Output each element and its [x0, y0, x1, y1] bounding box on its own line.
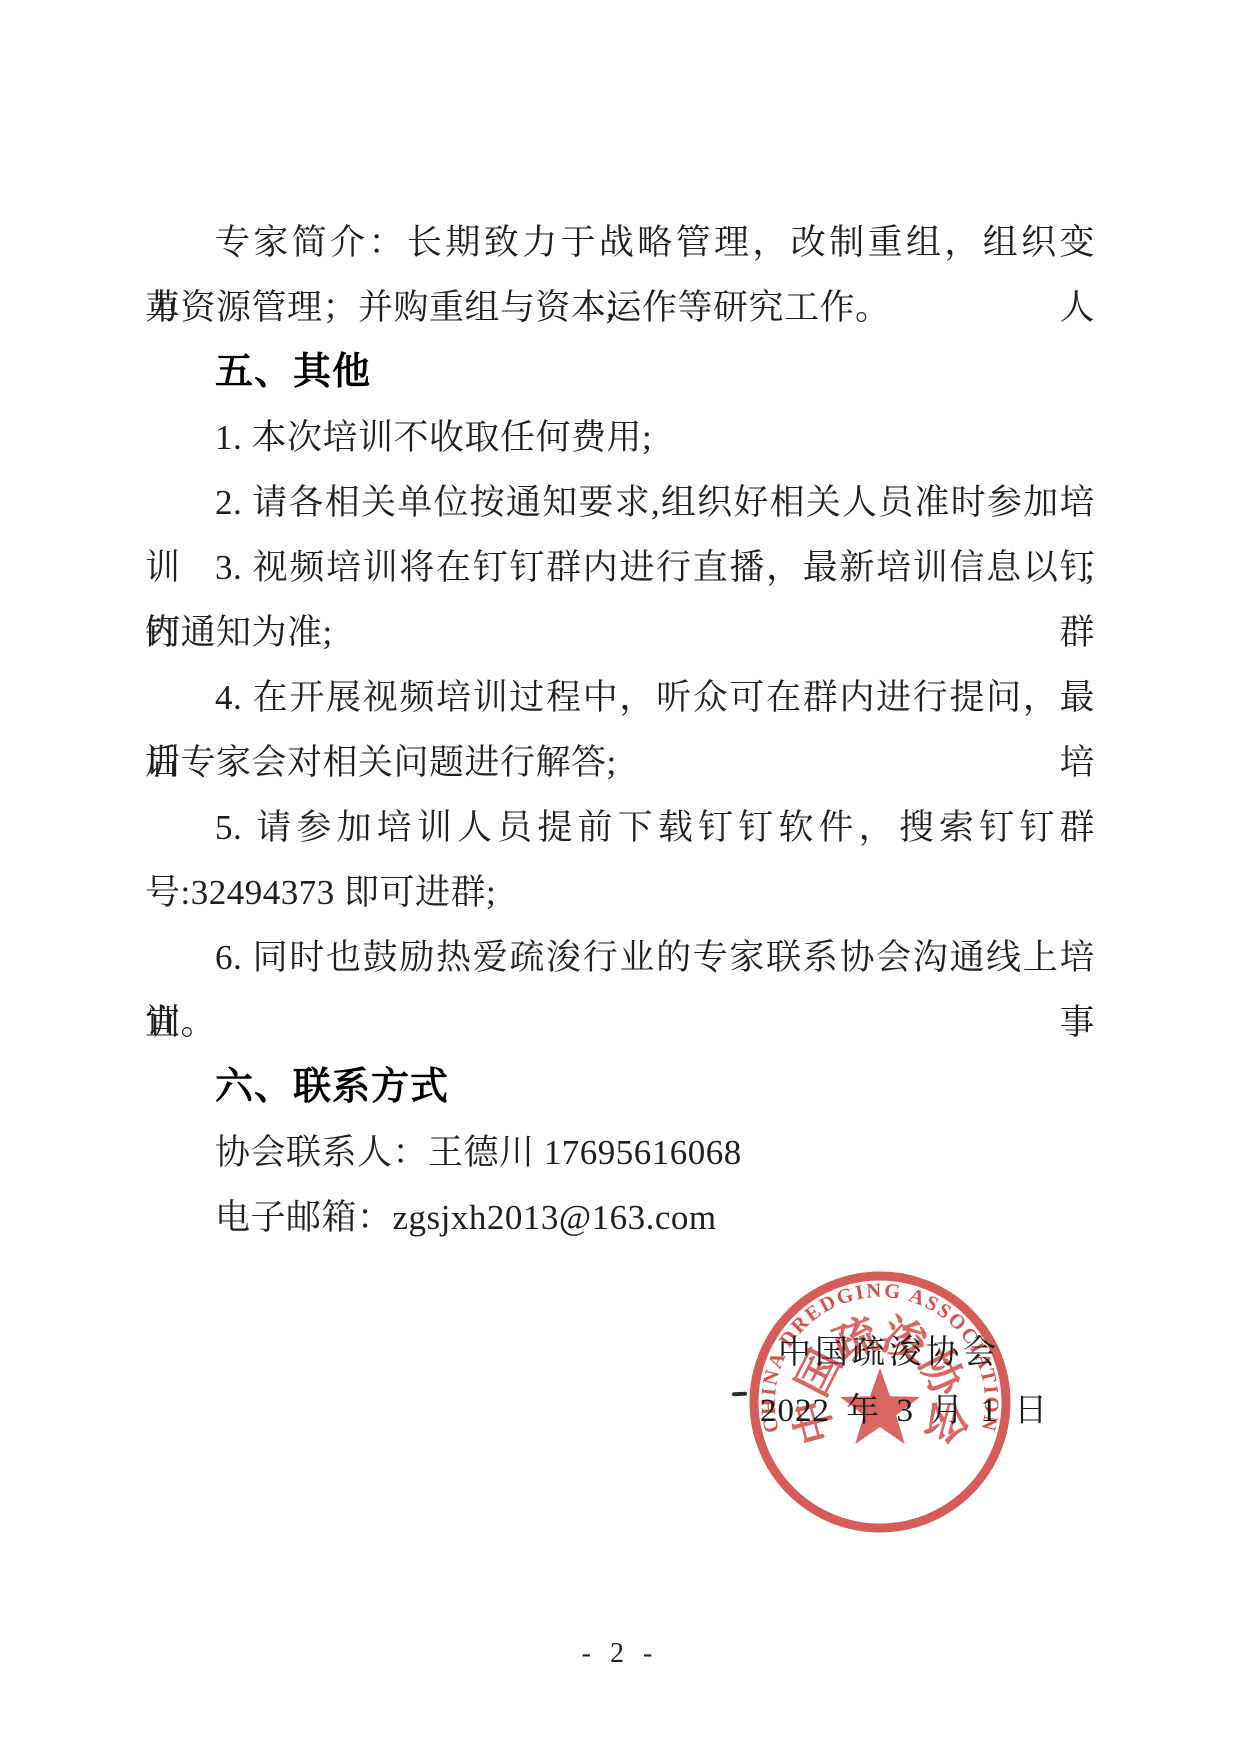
contact-email-line: 电子邮箱：zgsjxh2013@163.com	[145, 1185, 1095, 1250]
list-item-5-continued: 号:32494373 即可进群;	[145, 860, 1095, 925]
list-item-5: 5. 请参加培训人员提前下载钉钉软件，搜索钉钉群	[145, 795, 1095, 860]
page-number: - 2 -	[0, 1638, 1240, 1670]
contact-person-line: 协会联系人：王德川 17695616068	[145, 1120, 1095, 1185]
signature-org-name: 中国疏浚协会	[778, 1326, 1000, 1373]
signature-date: 2022 年 3 月 1 日	[760, 1384, 1048, 1431]
paragraph-line: 专家简介：长期致力于战略管理，改制重组，组织变革；人	[145, 210, 1095, 275]
list-item-4: 4. 在开展视频培训过程中，听众可在群内进行提问，最后培	[145, 665, 1095, 730]
list-item-1: 1. 本次培训不收取任何费用;	[145, 405, 1095, 470]
document-page: 专家简介：长期致力于战略管理，改制重组，组织变革；人 力资源管理；并购重组与资本…	[0, 0, 1240, 1754]
list-item-6: 6. 同时也鼓励热爱疏浚行业的专家联系协会沟通线上培训事	[145, 925, 1095, 990]
scan-artifact-mark	[732, 1392, 747, 1397]
section-heading-six: 六、联系方式	[145, 1055, 1095, 1120]
document-body: 专家简介：长期致力于战略管理，改制重组，组织变革；人 力资源管理；并购重组与资本…	[145, 210, 1095, 1250]
section-heading-five: 五、其他	[145, 340, 1095, 405]
list-item-3: 3. 视频培训将在钉钉群内进行直播，最新培训信息以钉钉群	[145, 535, 1095, 600]
list-item-2: 2. 请各相关单位按通知要求,组织好相关人员准时参加培训;	[145, 470, 1095, 535]
